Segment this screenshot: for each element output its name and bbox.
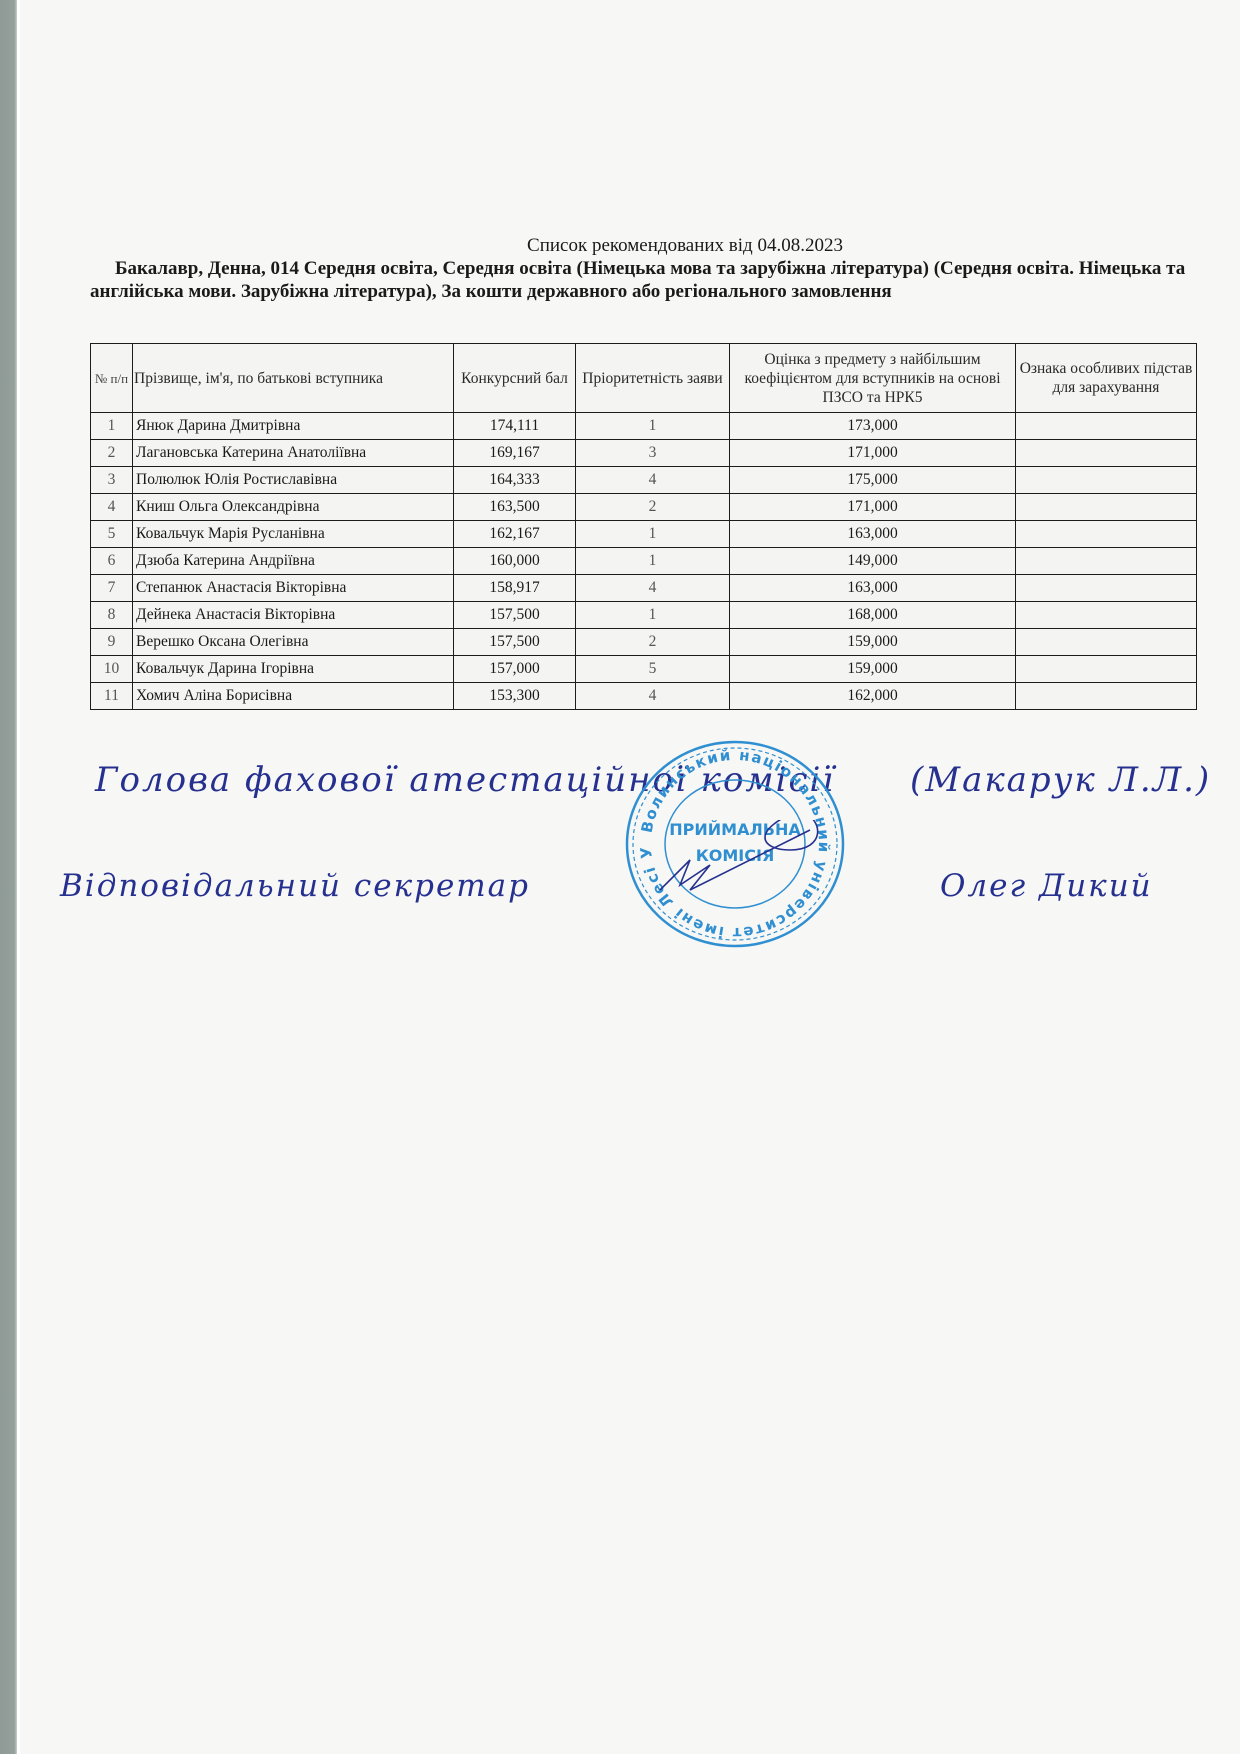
table-header-row: № п/п Прізвище, ім'я, по батькові вступн… <box>91 344 1197 413</box>
table-row: 11Хомич Аліна Борисівна153,3004162,000 <box>91 683 1197 710</box>
cell-grade: 171,000 <box>730 440 1016 467</box>
cell-no: 4 <box>91 494 133 521</box>
cell-name: Дзюба Катерина Андріївна <box>133 548 454 575</box>
cell-priority: 1 <box>576 548 730 575</box>
cell-priority: 2 <box>576 629 730 656</box>
cell-grade: 173,000 <box>730 413 1016 440</box>
cell-grade: 175,000 <box>730 467 1016 494</box>
cell-priority: 4 <box>576 575 730 602</box>
cell-score: 163,500 <box>454 494 576 521</box>
cell-priority: 4 <box>576 467 730 494</box>
cell-name: Ковальчук Марія Русланівна <box>133 521 454 548</box>
table-row: 9Верешко Оксана Олегівна157,5002159,000 <box>91 629 1197 656</box>
header-priority: Пріоритетність заяви <box>576 344 730 413</box>
cell-grade: 149,000 <box>730 548 1016 575</box>
cell-score: 153,300 <box>454 683 576 710</box>
cell-no: 11 <box>91 683 133 710</box>
header-score: Конкурсний бал <box>454 344 576 413</box>
cell-score: 162,167 <box>454 521 576 548</box>
cell-special <box>1016 629 1197 656</box>
cell-no: 9 <box>91 629 133 656</box>
cell-grade: 171,000 <box>730 494 1016 521</box>
table-row: 4Книш Ольга Олександрівна163,5002171,000 <box>91 494 1197 521</box>
cell-grade: 159,000 <box>730 656 1016 683</box>
cell-name: Хомич Аліна Борисівна <box>133 683 454 710</box>
cell-no: 1 <box>91 413 133 440</box>
cell-name: Полюлюк Юлія Ростиславівна <box>133 467 454 494</box>
signature-scribble-icon <box>650 820 830 920</box>
cell-no: 3 <box>91 467 133 494</box>
header-special: Ознака особливих підстав для зарахування <box>1016 344 1197 413</box>
table-row: 10Ковальчук Дарина Ігорівна157,0005159,0… <box>91 656 1197 683</box>
cell-special <box>1016 683 1197 710</box>
cell-no: 6 <box>91 548 133 575</box>
cell-priority: 1 <box>576 521 730 548</box>
secretary-signature-label: Відповідальний секретар <box>60 868 530 904</box>
cell-special <box>1016 521 1197 548</box>
header-grade: Оцінка з предмету з найбільшим коефіцієн… <box>730 344 1016 413</box>
cell-score: 158,917 <box>454 575 576 602</box>
scan-edge-highlight <box>17 0 20 1754</box>
cell-special <box>1016 656 1197 683</box>
cell-name: Степанюк Анастасія Вікторівна <box>133 575 454 602</box>
cell-grade: 163,000 <box>730 521 1016 548</box>
cell-no: 8 <box>91 602 133 629</box>
cell-priority: 3 <box>576 440 730 467</box>
cell-score: 174,111 <box>454 413 576 440</box>
table-row: 2Лагановська Катерина Анатоліївна169,167… <box>91 440 1197 467</box>
scan-edge-shadow <box>0 0 17 1754</box>
table-row: 1Янюк Дарина Дмитрівна174,1111173,000 <box>91 413 1197 440</box>
cell-score: 164,333 <box>454 467 576 494</box>
cell-special <box>1016 575 1197 602</box>
cell-name: Верешко Оксана Олегівна <box>133 629 454 656</box>
header-name: Прізвище, ім'я, по батькові вступника <box>133 344 454 413</box>
cell-name: Лагановська Катерина Анатоліївна <box>133 440 454 467</box>
recommended-list-table: № п/п Прізвище, ім'я, по батькові вступн… <box>90 343 1197 710</box>
secretary-signature-name: Олег Дикий <box>940 868 1153 904</box>
document-title: Список рекомендованих від 04.08.2023 <box>90 235 1200 257</box>
document-subtitle: Бакалавр, Денна, 014 Середня освіта, Сер… <box>90 257 1200 303</box>
cell-name: Дейнека Анастасія Вікторівна <box>133 602 454 629</box>
table-row: 7Степанюк Анастасія Вікторівна158,917416… <box>91 575 1197 602</box>
table-row: 3Полюлюк Юлія Ростиславівна164,3334175,0… <box>91 467 1197 494</box>
cell-priority: 4 <box>576 683 730 710</box>
cell-priority: 2 <box>576 494 730 521</box>
cell-special <box>1016 602 1197 629</box>
table-row: 8Дейнека Анастасія Вікторівна157,5001168… <box>91 602 1197 629</box>
cell-no: 5 <box>91 521 133 548</box>
cell-no: 7 <box>91 575 133 602</box>
table-row: 5Ковальчук Марія Русланівна162,1671163,0… <box>91 521 1197 548</box>
cell-priority: 1 <box>576 602 730 629</box>
cell-priority: 1 <box>576 413 730 440</box>
cell-special <box>1016 467 1197 494</box>
cell-no: 2 <box>91 440 133 467</box>
cell-priority: 5 <box>576 656 730 683</box>
document-header: Список рекомендованих від 04.08.2023 Бак… <box>90 235 1200 303</box>
cell-name: Ковальчук Дарина Ігорівна <box>133 656 454 683</box>
cell-no: 10 <box>91 656 133 683</box>
header-no: № п/п <box>91 344 133 413</box>
cell-special <box>1016 440 1197 467</box>
cell-score: 157,000 <box>454 656 576 683</box>
table-row: 6Дзюба Катерина Андріївна160,0001149,000 <box>91 548 1197 575</box>
chair-signature-name: (Макарук Л.Л.) <box>910 760 1211 800</box>
cell-name: Книш Ольга Олександрівна <box>133 494 454 521</box>
cell-grade: 162,000 <box>730 683 1016 710</box>
cell-grade: 163,000 <box>730 575 1016 602</box>
cell-score: 169,167 <box>454 440 576 467</box>
cell-name: Янюк Дарина Дмитрівна <box>133 413 454 440</box>
cell-special <box>1016 494 1197 521</box>
cell-grade: 159,000 <box>730 629 1016 656</box>
cell-score: 157,500 <box>454 602 576 629</box>
cell-grade: 168,000 <box>730 602 1016 629</box>
cell-score: 160,000 <box>454 548 576 575</box>
cell-score: 157,500 <box>454 629 576 656</box>
cell-special <box>1016 413 1197 440</box>
cell-special <box>1016 548 1197 575</box>
